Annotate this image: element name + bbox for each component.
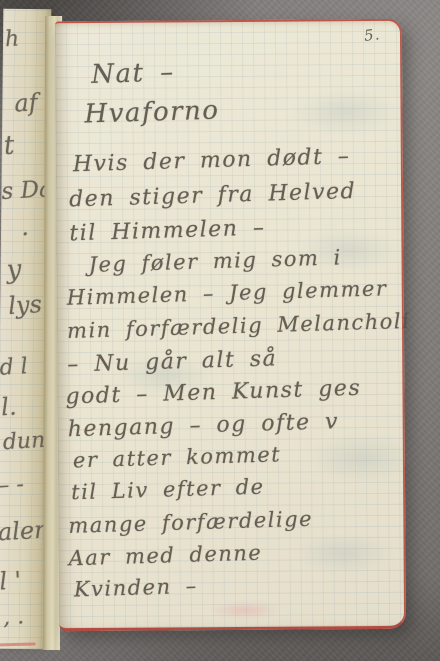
handwriting-line: Nat – (91, 57, 175, 89)
handwriting-fragment: lys (7, 290, 42, 320)
handwriting-fragment: aler (0, 516, 46, 547)
handwriting-line: Jeg føler mig som i (88, 245, 342, 277)
handwriting-line: mange forfærdelige (68, 507, 313, 538)
notebook-page: 5. Nat – Hvaforno Hvis der mon dødt – de… (55, 19, 406, 631)
handwriting-line: Hvaforno (84, 96, 220, 130)
handwriting-line: min forfærdelig Melancholi (67, 309, 411, 343)
handwriting-line: til Himmelen – (69, 216, 266, 247)
notebook-photo: h af t s Dah . y lys d l l. dun – - aler… (0, 0, 440, 661)
handwriting-fragment: l. (0, 392, 17, 421)
handwriting-line: er atter kommet (73, 442, 282, 472)
handwriting-line: – Nu går alt så (67, 346, 278, 377)
handwriting-fragment: , . (2, 604, 24, 630)
handwriting-line: til Liv efter de (71, 475, 265, 505)
handwriting-line: Hvis der mon dødt – (73, 144, 351, 177)
handwriting-line: Kvinden – (74, 574, 199, 602)
handwriting-line: hengang – og ofte v (67, 409, 339, 442)
handwriting-line: godt – Men Kunst ges (65, 376, 361, 410)
page-number: 5. (363, 25, 381, 45)
ink-showthrough (296, 533, 391, 574)
handwriting-fragment: h (4, 26, 20, 52)
handwriting-fragment: l ' (0, 566, 22, 595)
handwriting-line: Aar med denne (68, 541, 262, 571)
handwriting-line: den stiger fra Helved (69, 179, 357, 213)
handwriting-fragment: – - (0, 472, 25, 498)
handwriting-fragment: . (20, 213, 29, 241)
handwriting-fragment: d l (0, 354, 28, 381)
handwriting-fragment: dun (2, 428, 46, 455)
ink-showthrough (310, 433, 415, 484)
handwriting-line: Himmelen – Jeg glemmer (66, 276, 387, 310)
handwriting-fragment: t (3, 131, 15, 162)
pink-smudge (209, 602, 281, 620)
ink-showthrough (290, 89, 400, 136)
handwriting-fragment: af (14, 88, 39, 117)
handwriting-fragment: y (6, 254, 22, 285)
